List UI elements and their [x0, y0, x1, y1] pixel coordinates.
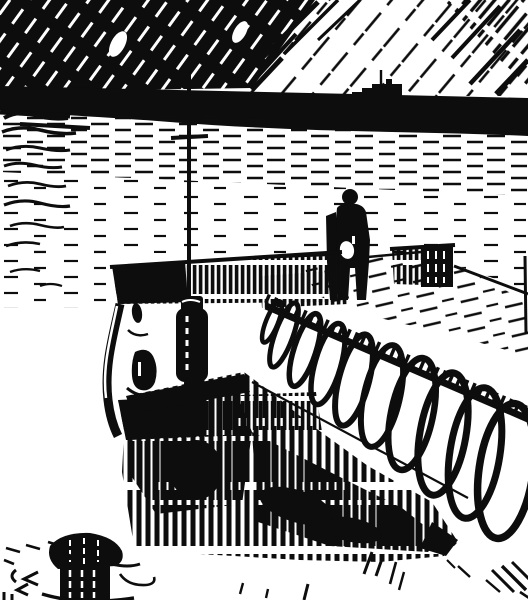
storm-sky [0, 0, 528, 96]
mast-lamp [176, 296, 208, 392]
mast-crossbar [171, 136, 208, 138]
pier-storm-illustration [0, 0, 528, 600]
illustration-canvas [0, 0, 528, 600]
right-edge-post-fragment [525, 256, 526, 334]
